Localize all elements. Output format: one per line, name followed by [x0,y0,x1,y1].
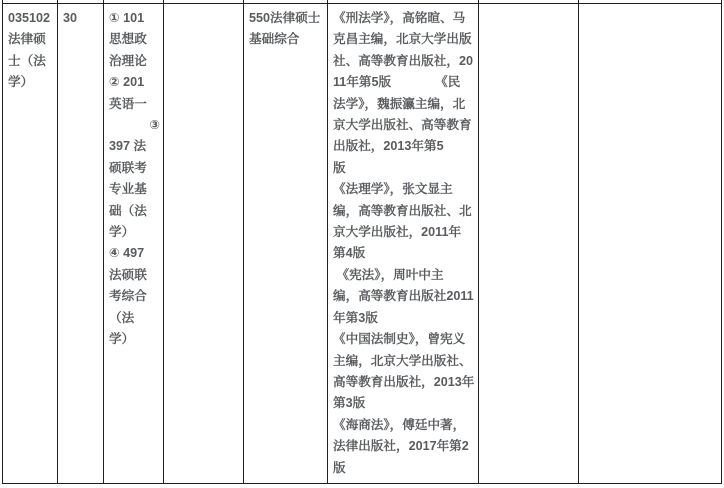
text-line: 社、高等教育出版社，20 [333,51,475,72]
text-line: ③ [109,115,160,136]
text-line: 学） [109,222,160,243]
text-line: 法律硕 [8,29,54,50]
cell-exam-subjects: ① 101思想政治理论② 201英语一③397 法硕联考专业基础（法学）④ 49… [104,4,164,483]
text-line: 第4版 [333,243,475,264]
cell-program-code: 035102法律硕士（法学） [3,4,58,483]
text-line: 思想政 [109,29,160,50]
cell-empty-1 [164,4,244,483]
text-line: ④ 497 [109,243,160,264]
text-line: 士（法 [8,51,54,72]
cell-reference-books: 《刑法学》，高铭暄、马克昌主编，北京大学出版社、高等教育出版社，2011年第5版… [328,4,479,483]
text-line: 30 [63,8,100,29]
text-line: 版 [333,158,475,179]
text-line: 基础综合 [249,29,324,50]
text-line: 《刑法学》，高铭暄、马 [333,8,475,29]
text-line: 学） [8,72,54,93]
text-line: 考综合 [109,286,160,307]
text-line: 550法律硕士 [249,8,324,29]
text-line: 主编，北京大学出版社、 [333,351,475,372]
text-line: ② 201 [109,72,160,93]
text-line: 397 法 [109,136,160,157]
text-line: 专业基 [109,179,160,200]
text-line: 编，高等教育出版社2011 [333,286,475,307]
cell-empty-2 [479,4,579,483]
text-line: 第3版 [333,393,475,414]
text-line: 京大学出版社、高等教育 [333,115,475,136]
text-line: 版 [333,458,475,479]
text-line: 《法理学》，张文显主 [333,179,475,200]
text-line: 学） [109,329,160,350]
text-line: 法律出版社，2017年第2 [333,436,475,457]
text-line: 克昌主编，北京大学出版 [333,29,475,50]
text-line: 高等教育出版社，2013年 [333,372,475,393]
text-line: 出版社，2013年第5 [333,136,475,157]
text-line: 《海商法》，傅廷中著， [333,415,475,436]
cell-preliminary-exam: 550法律硕士基础综合 [244,4,328,483]
text-line: 《中国法制史》，曾宪义 [333,329,475,350]
admissions-table-row: 035102法律硕士（法学） 30 ① 101思想政治理论② 201英语一③39… [2,3,722,484]
cell-empty-3 [579,4,721,483]
text-line: 编，高等教育出版社、北 [333,201,475,222]
text-line: 京大学出版社，2011年 [333,222,475,243]
text-line: 法硕联 [109,265,160,286]
text-line: 11年第5版 《民 [333,72,475,93]
text-line: 治理论 [109,51,160,72]
cell-enrollment-quota: 30 [58,4,104,483]
text-line: 英语一 [109,94,160,115]
text-line: 年第3版 [333,308,475,329]
text-line: 法学》，魏振瀛主编，北 [333,94,475,115]
text-line: 035102 [8,8,54,29]
text-line: 础（法 [109,201,160,222]
text-line: 《宪法》，周叶中主 [333,265,475,286]
text-line: ① 101 [109,8,160,29]
text-line: 硕联考 [109,158,160,179]
text-line: （法 [109,308,160,329]
